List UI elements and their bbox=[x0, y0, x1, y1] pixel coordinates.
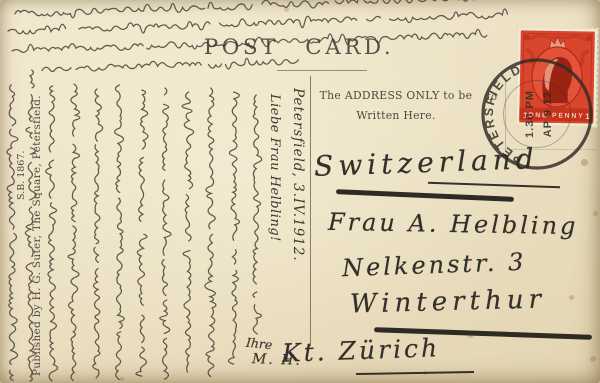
postmark-time: 1.30 PM bbox=[524, 90, 536, 138]
foxing-spot bbox=[120, 377, 124, 381]
handwriting-squiggle-line bbox=[93, 89, 103, 378]
postmark: PETERSFIELD 1.30 PM AP 9 12 bbox=[470, 47, 600, 191]
handwriting-squiggle-line bbox=[253, 95, 262, 334]
foxing-spot bbox=[593, 211, 598, 216]
center-divider-line bbox=[310, 76, 311, 346]
address-instruction-line2: Written Here. bbox=[312, 106, 480, 126]
address-town: Winterthur bbox=[350, 284, 547, 319]
publisher-series-number: S.B. 1867. bbox=[16, 151, 27, 200]
address-instruction-line1: The ADDRESS ONLY to be bbox=[312, 86, 480, 106]
handwriting-squiggle-line bbox=[7, 85, 18, 381]
handwriting-squiggle-line bbox=[182, 92, 194, 372]
handwriting-squiggle-line bbox=[228, 92, 239, 364]
postmark-inner-ring bbox=[504, 81, 571, 148]
publisher-imprint: Published by H. G. Suter, The Square, Pe… bbox=[31, 95, 43, 376]
address-instruction: The ADDRESS ONLY to be Written Here. bbox=[312, 86, 480, 126]
handwriting-squiggle-line bbox=[68, 84, 80, 381]
handwriting-squiggle-line bbox=[205, 88, 216, 377]
foxing-spot bbox=[569, 295, 574, 300]
handwriting-squiggle-line bbox=[160, 88, 171, 379]
address-street: Nelkenstr. 3 bbox=[342, 248, 527, 282]
address-recipient: Frau A. Helbling bbox=[328, 208, 579, 240]
message-salutation: Liebe Frau Helbling! bbox=[267, 94, 282, 242]
title-rule bbox=[277, 70, 367, 71]
handwriting-squiggle-line bbox=[46, 86, 58, 381]
handwriting-squiggle-line bbox=[15, 0, 503, 20]
postcard-title: POST CARD. bbox=[188, 35, 410, 60]
handwriting-squiggle-line bbox=[115, 85, 125, 380]
underline-flourish bbox=[356, 371, 474, 375]
message-dateline: Petersfield, 3.IV.1912. bbox=[290, 88, 306, 262]
message-closing: Ihre bbox=[245, 335, 273, 353]
handwriting-squiggle-line bbox=[8, 9, 508, 38]
foxing-spot bbox=[284, 7, 289, 12]
address-region: Kt. Zürich bbox=[282, 333, 441, 368]
postmark-date: AP 9 12 bbox=[542, 91, 554, 138]
handwriting-squiggle-line bbox=[136, 90, 148, 376]
postmark-outer-ring bbox=[483, 60, 591, 168]
postcard-back: POST CARD. The ADDRESS ONLY to be Writte… bbox=[0, 0, 600, 383]
foxing-spot bbox=[590, 356, 596, 362]
